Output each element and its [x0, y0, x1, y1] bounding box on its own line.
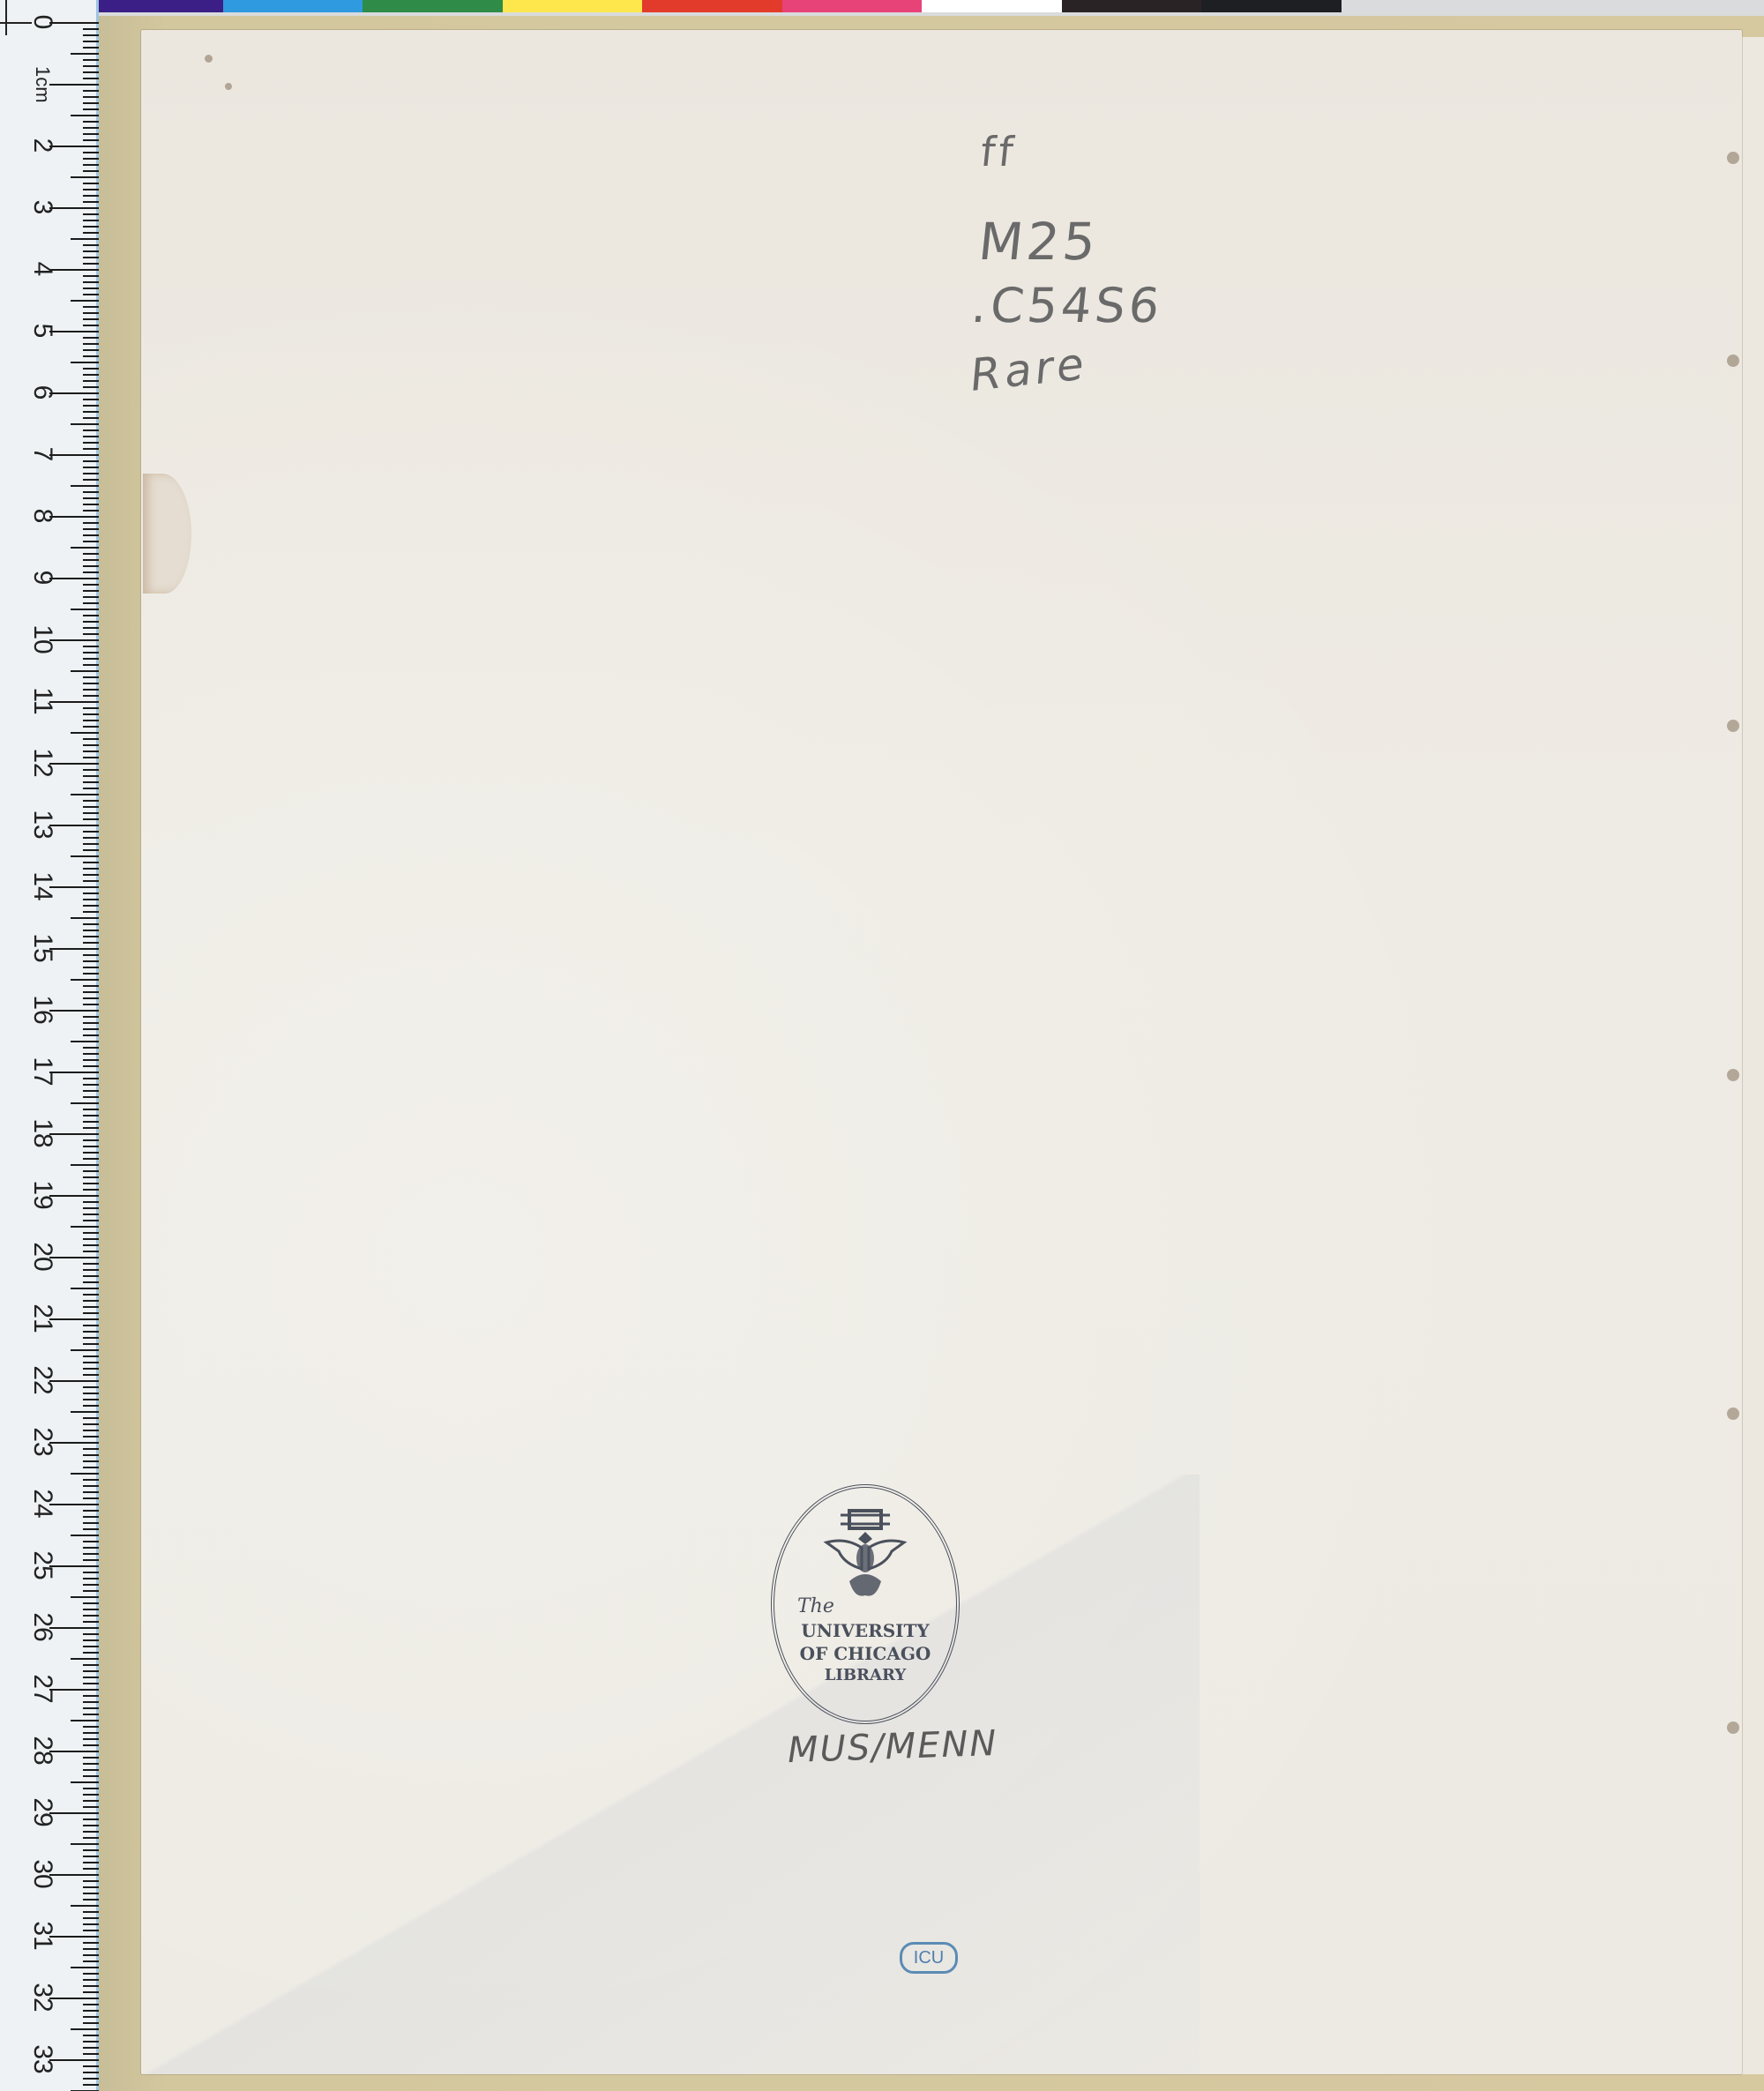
- ruler-tick: [83, 1806, 99, 1808]
- ruler-tick: [83, 96, 99, 98]
- color-swatch: [642, 0, 782, 12]
- shelf-mark-handwritten: MUS/MENN: [787, 1723, 998, 1771]
- ruler-tick: [83, 467, 99, 468]
- ruler-tick: [83, 102, 99, 104]
- ruler-tick: [83, 2022, 99, 2024]
- ruler-tick: [71, 1102, 99, 1104]
- ruler-tick: [83, 1831, 99, 1833]
- ruler-tick: [83, 1664, 99, 1666]
- ruler-label: 8: [29, 498, 56, 534]
- ruler-tick: [83, 1510, 99, 1512]
- ruler-tick: [83, 1497, 99, 1499]
- ruler-tick: [83, 1065, 99, 1067]
- ruler-tick: [83, 78, 99, 79]
- ruler-tick: [83, 349, 99, 351]
- ruler-tick: [83, 1991, 99, 1993]
- ruler-tick: [83, 1615, 99, 1617]
- ruler-tick: [83, 818, 99, 820]
- ruler-tick: [83, 1979, 99, 1981]
- ruler-tick: [83, 757, 99, 758]
- ruler-label: 2: [29, 128, 56, 163]
- ruler-tick: [83, 1214, 99, 1215]
- ruler-tick: [83, 2041, 99, 2042]
- ruler-tick: [83, 627, 99, 629]
- ruler-tick: [71, 1411, 99, 1413]
- ruler-label: 19: [29, 1177, 56, 1213]
- ruler-tick: [83, 1251, 99, 1252]
- ruler-tick: [83, 386, 99, 388]
- ruler-tick: [83, 374, 99, 376]
- adjacent-page-edge: [1739, 37, 1764, 2074]
- ruler-tick: [83, 1954, 99, 1956]
- ruler-label: 30: [29, 1856, 56, 1892]
- ruler-tick: [83, 1368, 99, 1370]
- ruler-tick: [83, 2072, 99, 2073]
- ruler-tick: [83, 1788, 99, 1789]
- ruler-tick: [83, 1121, 99, 1123]
- ruler-label: 0: [29, 4, 56, 40]
- ruler-tick: [83, 658, 99, 660]
- color-swatch: [83, 0, 223, 12]
- ruler-zero-bar: [5, 0, 7, 35]
- measurement-ruler: 01cm234567891011121314151617181920212223…: [0, 0, 99, 2091]
- ruler-tick: [83, 584, 99, 586]
- ruler-tick: [71, 547, 99, 549]
- ruler-tick: [83, 899, 99, 900]
- ruler-label: 18: [29, 1116, 56, 1151]
- ruler-tick: [83, 2010, 99, 2012]
- ruler-tick: [83, 183, 99, 184]
- ruler-tick: [71, 115, 99, 116]
- ruler-tick: [83, 1911, 99, 1913]
- color-swatch: [922, 0, 1062, 12]
- ruler-tick: [83, 1800, 99, 1802]
- page-fold-crease: [141, 1475, 1200, 2074]
- ruler-tick: [49, 84, 99, 86]
- ruler-tick: [83, 880, 99, 882]
- ruler-tick: [83, 1677, 99, 1678]
- ruler-tick: [83, 930, 99, 931]
- ruler-tick: [83, 479, 99, 481]
- ruler-tick: [83, 1127, 99, 1129]
- ruler-tick: [83, 1306, 99, 1308]
- ruler-tick: [83, 510, 99, 512]
- ruler-label: 29: [29, 1795, 56, 1830]
- ruler-tick: [83, 1491, 99, 1493]
- ruler-label: 31: [29, 1918, 56, 1953]
- ruler-tick: [83, 954, 99, 956]
- color-swatch: [782, 0, 923, 12]
- ruler-tick: [83, 1794, 99, 1796]
- ruler-tick: [83, 220, 99, 221]
- ruler-tick: [71, 1473, 99, 1475]
- ruler-tick: [83, 411, 99, 413]
- ruler-tick: [83, 788, 99, 789]
- phoenix-crest-icon: [823, 1507, 908, 1604]
- ruler-tick: [83, 967, 99, 968]
- ruler-tick: [83, 473, 99, 474]
- ruler-tick: [83, 1639, 99, 1641]
- call-number-class: M25: [975, 212, 1102, 272]
- ruler-tick: [83, 244, 99, 246]
- ruler-tick: [83, 1886, 99, 1888]
- ruler-tick: [83, 1275, 99, 1277]
- ruler-label: 20: [29, 1239, 56, 1274]
- ruler-tick: [71, 1535, 99, 1536]
- ruler-label: 1cm: [29, 66, 56, 101]
- ruler-tick: [83, 695, 99, 697]
- ruler-tick: [83, 936, 99, 937]
- ruler-tick: [83, 1621, 99, 1623]
- ruler-tick: [83, 831, 99, 833]
- ruler-tick: [83, 325, 99, 326]
- ruler-tick: [83, 997, 99, 999]
- ruler-tick: [83, 1818, 99, 1820]
- ruler-tick: [83, 1714, 99, 1715]
- ruler-tick: [83, 1405, 99, 1407]
- ruler-tick: [83, 1763, 99, 1765]
- ruler-tick: [83, 1417, 99, 1419]
- ruler-tick: [71, 423, 99, 425]
- ruler-tick: [83, 1028, 99, 1030]
- ruler-tick: [83, 368, 99, 370]
- ruler-label: 24: [29, 1486, 56, 1521]
- ruler-tick: [83, 1152, 99, 1154]
- ruler-tick: [83, 1047, 99, 1049]
- ruler-tick: [83, 1189, 99, 1191]
- ruler-tick: [83, 337, 99, 339]
- ruler-tick: [83, 1726, 99, 1728]
- ruler-tick: [83, 892, 99, 894]
- ruler-tick: [83, 257, 99, 258]
- ruler-tick: [83, 565, 99, 567]
- ruler-tick: [83, 751, 99, 752]
- ruler-tick: [83, 1022, 99, 1024]
- ruler-tick: [83, 355, 99, 357]
- ruler-tick: [83, 1633, 99, 1635]
- ruler-tick: [83, 1084, 99, 1086]
- ruler-tick: [83, 2065, 99, 2067]
- ruler-tick: [83, 1096, 99, 1098]
- color-swatch: [363, 0, 503, 12]
- ruler-tick: [83, 1609, 99, 1610]
- ruler-tick: [83, 448, 99, 450]
- ruler-tick: [83, 707, 99, 709]
- ruler-tick: [83, 528, 99, 530]
- ruler-tick: [83, 596, 99, 598]
- ruler-tick: [83, 318, 99, 320]
- ruler-tick: [83, 294, 99, 295]
- ruler-tick: [83, 1109, 99, 1110]
- ruler-tick: [83, 1670, 99, 1672]
- ruler-tick: [83, 646, 99, 647]
- ruler-tick: [83, 1362, 99, 1363]
- ruler-tick: [83, 1374, 99, 1376]
- ruler-label: 26: [29, 1609, 56, 1645]
- ruler-tick: [83, 1862, 99, 1863]
- ruler-tick: [83, 263, 99, 265]
- ruler-tick: [83, 868, 99, 870]
- foxing-spot: [205, 55, 213, 63]
- ruler-tick: [83, 775, 99, 777]
- ruler-tick: [83, 1263, 99, 1265]
- ruler-tick: [83, 1220, 99, 1221]
- ruler-tick: [83, 1960, 99, 1962]
- ruler-tick: [83, 683, 99, 684]
- ruler-tick: [83, 1707, 99, 1709]
- ruler-tick: [83, 1837, 99, 1839]
- ruler-tick: [83, 71, 99, 73]
- ruler-tick: [83, 652, 99, 653]
- ruler-tick: [83, 615, 99, 616]
- ruler-tick: [83, 1652, 99, 1654]
- library-bookplate-stamp: The UNIVERSITY OF CHICAGO LIBRARY: [771, 1484, 960, 1724]
- ruler-tick: [83, 436, 99, 437]
- binding-hole: [1727, 152, 1739, 164]
- ruler-tick: [83, 380, 99, 382]
- ruler-label: 7: [29, 437, 56, 472]
- ruler-tick: [83, 1578, 99, 1579]
- ruler-tick: [71, 1226, 99, 1228]
- ruler-tick: [83, 1139, 99, 1141]
- ruler-tick: [83, 1238, 99, 1240]
- ruler-tick: [83, 1732, 99, 1734]
- ruler-tick: [71, 300, 99, 302]
- ruler-tick: [83, 28, 99, 30]
- ruler-tick: [83, 1294, 99, 1296]
- ruler-tick: [83, 1522, 99, 1524]
- ruler-label: 14: [29, 869, 56, 904]
- ruler-tick: [83, 226, 99, 228]
- ruler-tick: [83, 1547, 99, 1549]
- ruler-tick: [83, 1880, 99, 1882]
- color-swatch: [223, 0, 363, 12]
- ruler-tick: [83, 806, 99, 808]
- ruler-tick: [83, 1448, 99, 1450]
- ruler-tick: [83, 417, 99, 419]
- ruler-tick: [83, 343, 99, 345]
- ruler-tick: [83, 1467, 99, 1468]
- ruler-tick: [83, 1183, 99, 1184]
- ruler-tick: [83, 1528, 99, 1530]
- ruler-tick: [83, 522, 99, 524]
- ruler-tick: [83, 862, 99, 863]
- ruler-tick: [71, 238, 99, 240]
- ruler-tick: [83, 121, 99, 123]
- ruler-tick: [71, 1905, 99, 1907]
- ruler-tick: [83, 47, 99, 49]
- ruler-tick: [83, 2004, 99, 2005]
- ruler-tick: [83, 1584, 99, 1586]
- ruler-tick: [83, 1757, 99, 1759]
- ruler-tick: [83, 1917, 99, 1919]
- ruler-tick: [71, 670, 99, 672]
- ruler-tick: [83, 812, 99, 814]
- ruler-tick: [83, 676, 99, 678]
- ruler-tick: [83, 2016, 99, 2018]
- binding-hole: [1727, 720, 1739, 732]
- ruler-tick: [83, 133, 99, 135]
- ruler-tick: [83, 1269, 99, 1271]
- ruler-tick: [83, 769, 99, 771]
- ruler-tick: [83, 288, 99, 289]
- holding-stamp-icu: ICU: [900, 1942, 958, 1974]
- ruler-tick: [83, 1460, 99, 1462]
- ruler-tick: [83, 726, 99, 728]
- ruler-tick: [83, 59, 99, 61]
- ruler-tick: [83, 911, 99, 913]
- ruler-tick: [83, 306, 99, 308]
- ruler-tick: [83, 1170, 99, 1172]
- ruler-tick: [83, 1541, 99, 1542]
- ruler-tick: [83, 1386, 99, 1388]
- ruler-tick: [83, 1337, 99, 1339]
- ruler-tick: [83, 1053, 99, 1055]
- ruler-tick: [83, 571, 99, 573]
- ruler-label: 32: [29, 1980, 56, 2015]
- ruler-tick: [83, 1331, 99, 1333]
- ruler-tick: [71, 732, 99, 734]
- bookplate-the: The: [797, 1595, 834, 1617]
- ruler-tick: [83, 553, 99, 555]
- ruler-tick: [83, 1312, 99, 1314]
- ruler-tick: [83, 960, 99, 962]
- ruler-label: 3: [29, 190, 56, 225]
- ruler-tick: [83, 1059, 99, 1061]
- ruler-tick: [83, 1893, 99, 1894]
- ruler-tick: [83, 621, 99, 623]
- ruler-tick: [83, 139, 99, 141]
- ruler-label: 33: [29, 2042, 56, 2077]
- ruler-tick: [83, 849, 99, 851]
- ruler-tick: [83, 991, 99, 993]
- ruler-tick: [83, 491, 99, 493]
- ruler-tick: [83, 590, 99, 592]
- ruler-tick: [71, 1596, 99, 1598]
- ruler-tick: [83, 1479, 99, 1481]
- ruler-tick: [83, 1744, 99, 1746]
- ruler-tick: [83, 108, 99, 110]
- color-swatch: [1201, 0, 1342, 12]
- ruler-tick: [83, 1146, 99, 1147]
- ruler-tick: [83, 1923, 99, 1925]
- ruler-label: 15: [29, 930, 56, 966]
- ruler-tick: [71, 362, 99, 363]
- ruler-label: 12: [29, 745, 56, 780]
- ruler-tick: [83, 1016, 99, 1018]
- ruler-tick: [83, 1769, 99, 1771]
- ruler-tick: [83, 1942, 99, 1944]
- bookplate-line-of-chicago: OF CHICAGO: [774, 1643, 956, 1664]
- ruler-tick: [71, 794, 99, 795]
- binding-hole: [1727, 1721, 1739, 1734]
- ruler-tick: [83, 1232, 99, 1234]
- ruler-label: 9: [29, 560, 56, 595]
- ruler-label: 27: [29, 1671, 56, 1706]
- ruler-tick: [83, 399, 99, 400]
- ruler-tick: [83, 1325, 99, 1326]
- ruler-tick: [83, 905, 99, 907]
- ruler-tick: [83, 127, 99, 129]
- ruler-tick: [83, 405, 99, 407]
- ruler-tick: [71, 855, 99, 857]
- ruler-tick: [71, 1843, 99, 1845]
- ruler-tick: [83, 2047, 99, 2049]
- ruler-tick: [83, 2053, 99, 2055]
- ruler-tick: [83, 874, 99, 876]
- ruler-tick: [83, 158, 99, 160]
- ruler-tick: [71, 1349, 99, 1351]
- ruler-tick: [83, 973, 99, 975]
- ruler-tick: [71, 53, 99, 55]
- ruler-tick: [83, 504, 99, 505]
- color-swatch: [1062, 0, 1202, 12]
- ruler-tick: [83, 34, 99, 36]
- ruler-tick: [83, 744, 99, 746]
- ruler-label: 23: [29, 1424, 56, 1460]
- binding-hole: [1727, 355, 1739, 367]
- ruler-label: 17: [29, 1054, 56, 1089]
- ruler-tick: [83, 1856, 99, 1857]
- ruler-tick: [83, 1849, 99, 1851]
- ruler-tick: [71, 1658, 99, 1660]
- ruler-tick: [83, 1115, 99, 1116]
- ruler-tick: [83, 90, 99, 92]
- call-number-prefix: ff: [978, 128, 1019, 175]
- ruler-tick: [83, 1973, 99, 1975]
- ruler-tick: [83, 429, 99, 431]
- ruler-tick: [83, 152, 99, 153]
- color-swatch: [503, 0, 643, 12]
- ruler-tick: [83, 1775, 99, 1777]
- ruler-tick: [83, 275, 99, 277]
- ruler-label: 21: [29, 1301, 56, 1336]
- ruler-tick: [83, 1355, 99, 1357]
- ruler-tick: [71, 917, 99, 919]
- ruler-tick: [83, 1158, 99, 1160]
- foxing-spot: [225, 83, 232, 90]
- ruler-tick: [71, 609, 99, 610]
- ruler-label: 28: [29, 1733, 56, 1768]
- ruler-tick: [83, 1572, 99, 1573]
- ruler-tick: [83, 442, 99, 444]
- ruler-tick: [83, 1485, 99, 1487]
- ruler-tick: [83, 65, 99, 67]
- ruler-tick: [83, 1868, 99, 1870]
- ruler-tick: [83, 1343, 99, 1345]
- ruler-tick: [71, 2028, 99, 2030]
- ruler-tick: [83, 720, 99, 721]
- ruler-tick: [83, 781, 99, 783]
- ruler-tick: [83, 213, 99, 215]
- ruler-label: 22: [29, 1363, 56, 1398]
- ruler-tick: [83, 800, 99, 802]
- ruler-label: 11: [29, 683, 56, 719]
- call-number-cutter: .C54S6: [969, 278, 1166, 333]
- document-page: [141, 30, 1742, 2074]
- ruler-tick: [83, 942, 99, 944]
- ruler-tick: [71, 176, 99, 178]
- ruler-tick: [83, 497, 99, 499]
- ruler-tick: [83, 1090, 99, 1092]
- ruler-tick: [83, 1646, 99, 1647]
- ruler-label: 6: [29, 375, 56, 410]
- ruler-tick: [83, 837, 99, 839]
- ruler-tick: [71, 1720, 99, 1721]
- ruler-tick: [83, 1034, 99, 1036]
- ruler-tick: [71, 979, 99, 981]
- ruler-tick: [71, 1041, 99, 1042]
